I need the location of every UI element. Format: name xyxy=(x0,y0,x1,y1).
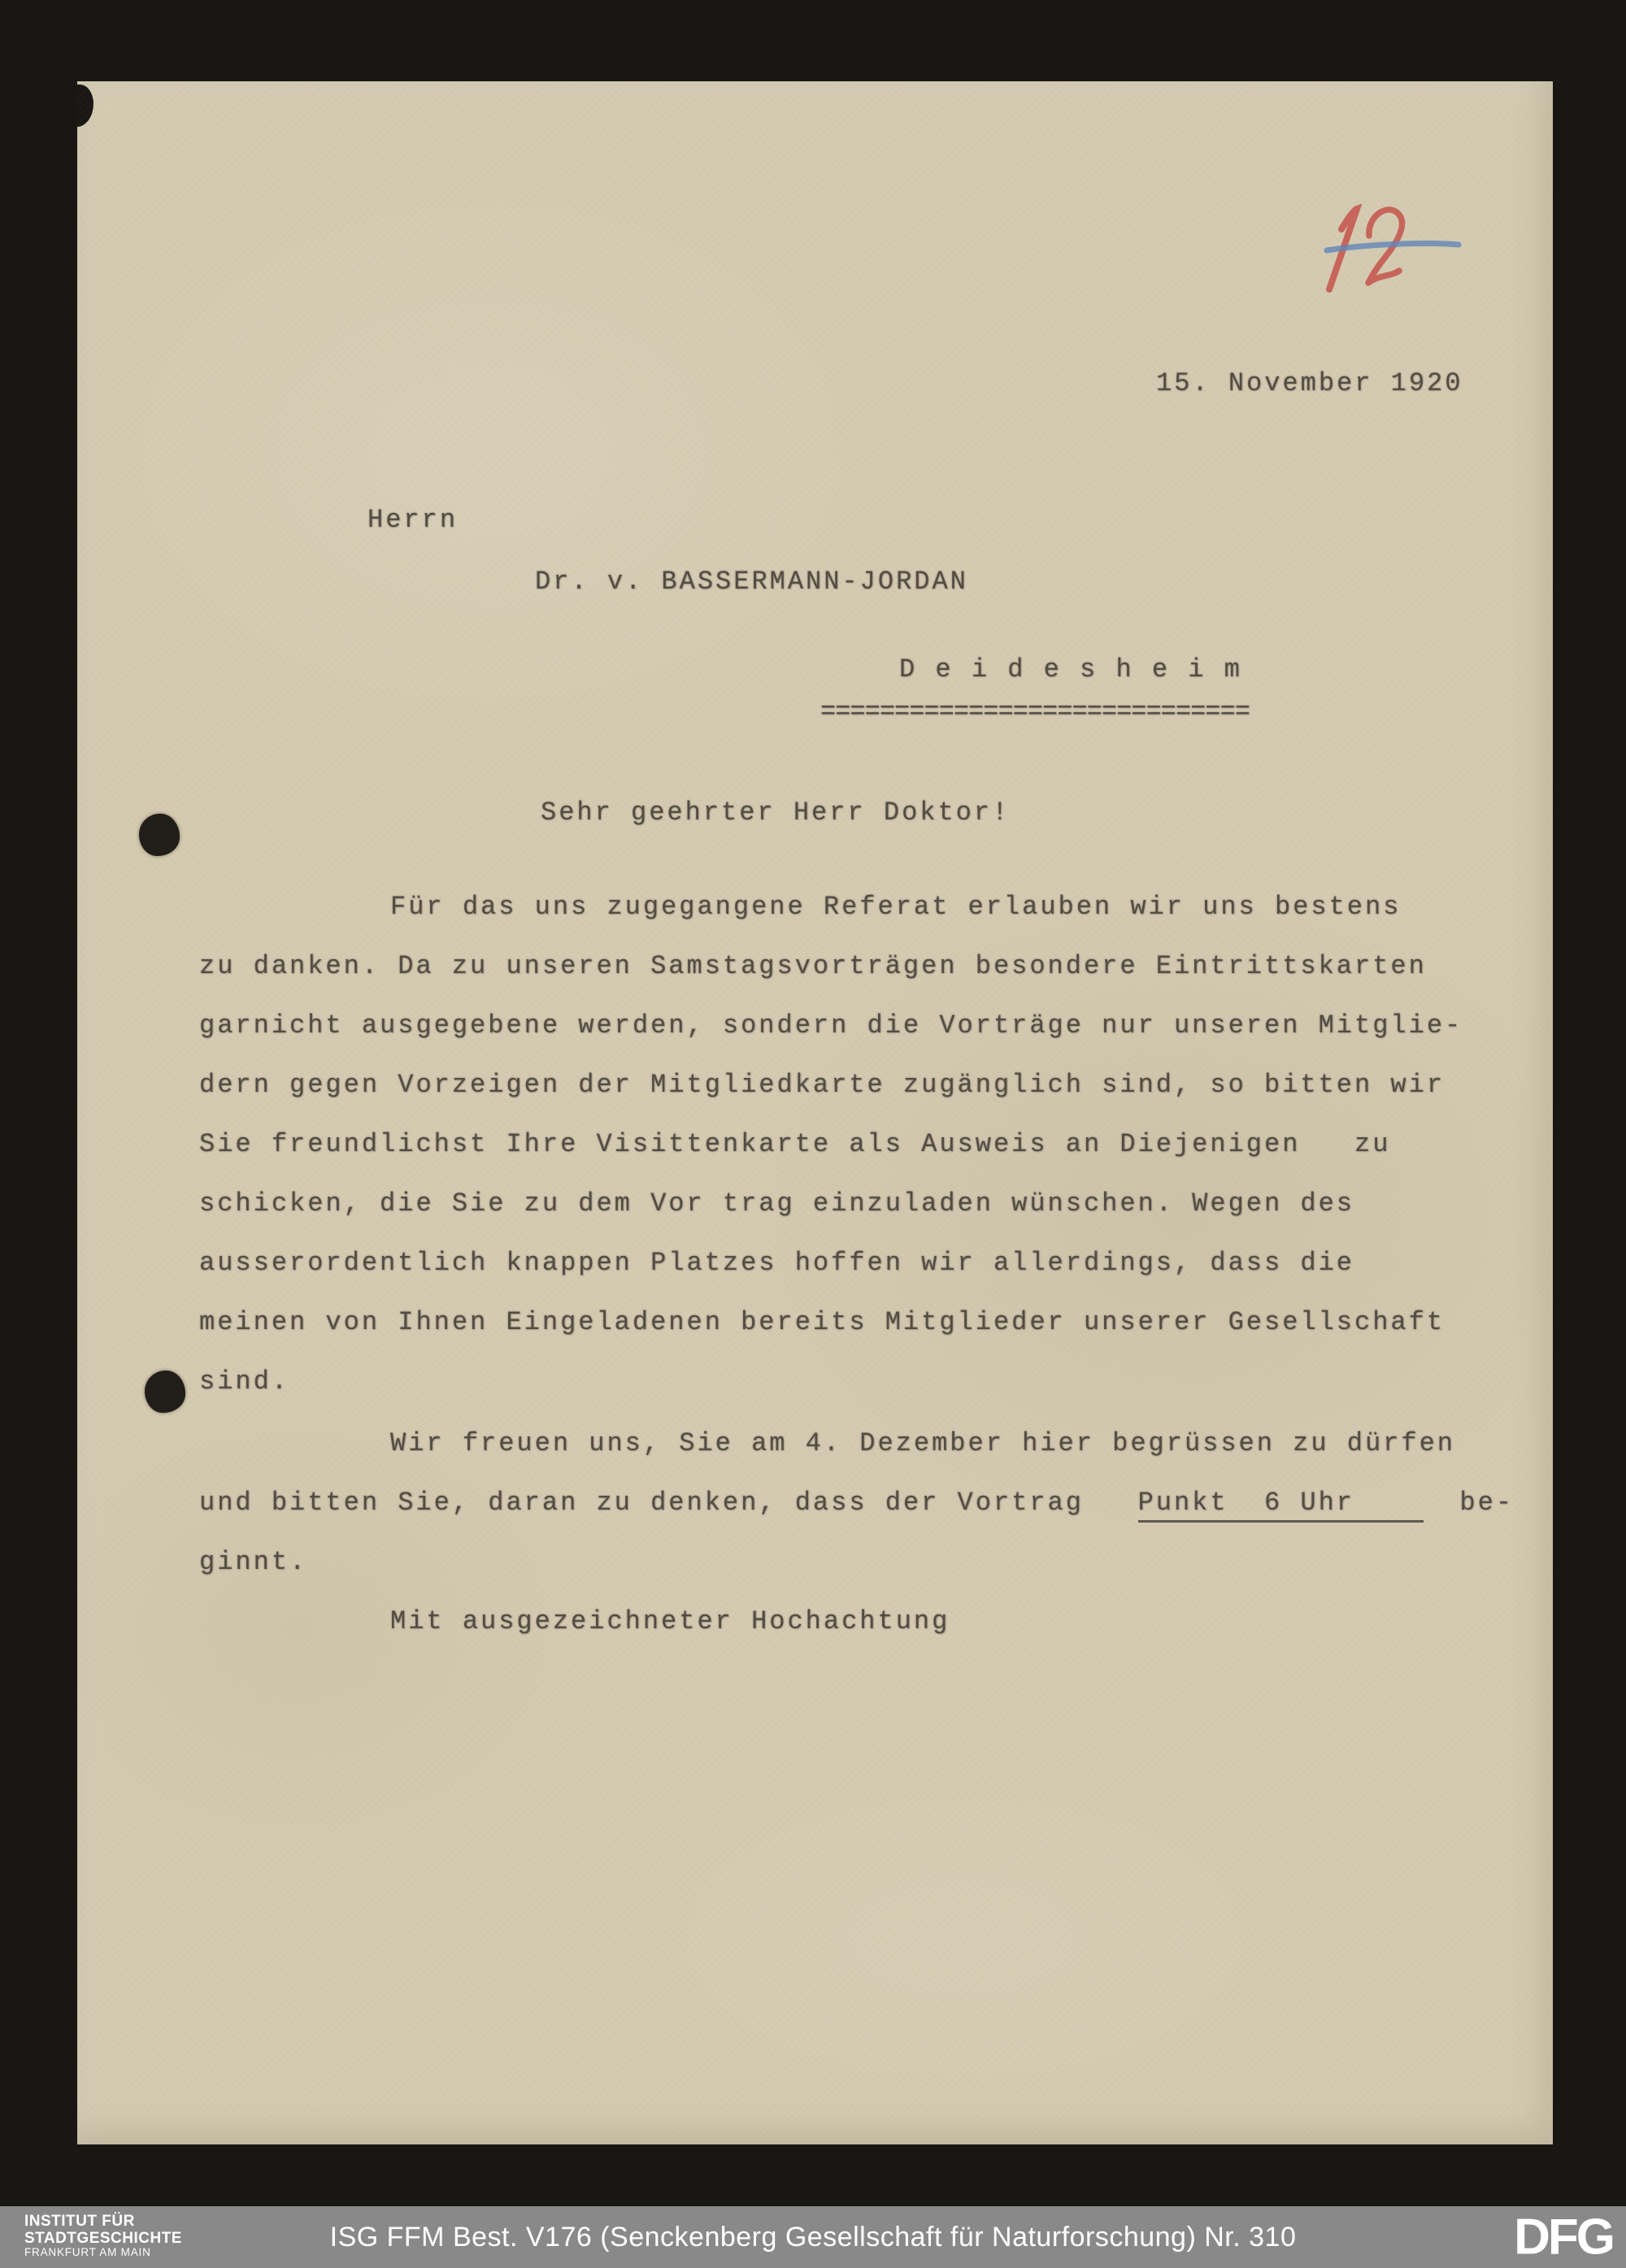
closing: Mit ausgezeichneter Hochachtung xyxy=(390,1605,950,1638)
salutation: Sehr geehrter Herr Doktor! xyxy=(541,797,1010,829)
letter-line: meinen von Ihnen Eingeladenen bereits Mi… xyxy=(199,1306,1445,1339)
punch-hole xyxy=(139,814,180,856)
address-underline: ============================= xyxy=(820,696,1250,728)
letter-line: Für das uns zugegangene Referat erlauben… xyxy=(390,891,1401,923)
address-city: D e i d e s h e i m xyxy=(899,654,1242,686)
punch-hole xyxy=(145,1371,185,1413)
letter-line: garnicht ausgegebene werden, sondern die… xyxy=(199,1010,1463,1042)
letter-line: zu danken. Da zu unseren Samstagsvorträg… xyxy=(199,950,1427,983)
letter-line: ausserordentlich knappen Platzes hoffen … xyxy=(199,1247,1354,1280)
underlined-time: Punkt 6 Uhr xyxy=(1138,1488,1424,1523)
letter-line: dern gegen Vorzeigen der Mitgliedkarte z… xyxy=(199,1069,1445,1101)
letter-line: sind. xyxy=(199,1366,289,1398)
letter-line: Sie freundlichst Ihre Visittenkarte als … xyxy=(199,1128,1390,1161)
line-pre: und bitten Sie, daran zu denken, dass de… xyxy=(199,1488,1138,1518)
letter-line: und bitten Sie, daran zu denken, dass de… xyxy=(199,1487,1514,1519)
handwritten-number xyxy=(1319,193,1473,307)
letter-line: Wir freuen uns, Sie am 4. Dezember hier … xyxy=(390,1427,1455,1460)
line-post: be- xyxy=(1424,1488,1514,1518)
dfg-logo: DFG xyxy=(1514,2209,1613,2266)
letter-line: schicken, die Sie zu dem Vor trag einzul… xyxy=(199,1188,1354,1220)
archive-reference: ISG FFM Best. V176 (Senckenberg Gesellsc… xyxy=(0,2206,1626,2268)
letter-line: ginnt. xyxy=(199,1546,307,1579)
letter-date: 15. November 1920 xyxy=(1156,367,1463,400)
handwritten-number-strokes xyxy=(1319,193,1473,307)
footer-bar: INSTITUT FÜR STADTGESCHICHTE FRANKFURT A… xyxy=(0,2206,1626,2268)
address-name: Dr. v. BASSERMANN-JORDAN xyxy=(535,566,968,598)
paper-notch xyxy=(74,85,93,127)
address-herrn: Herrn xyxy=(367,504,458,537)
